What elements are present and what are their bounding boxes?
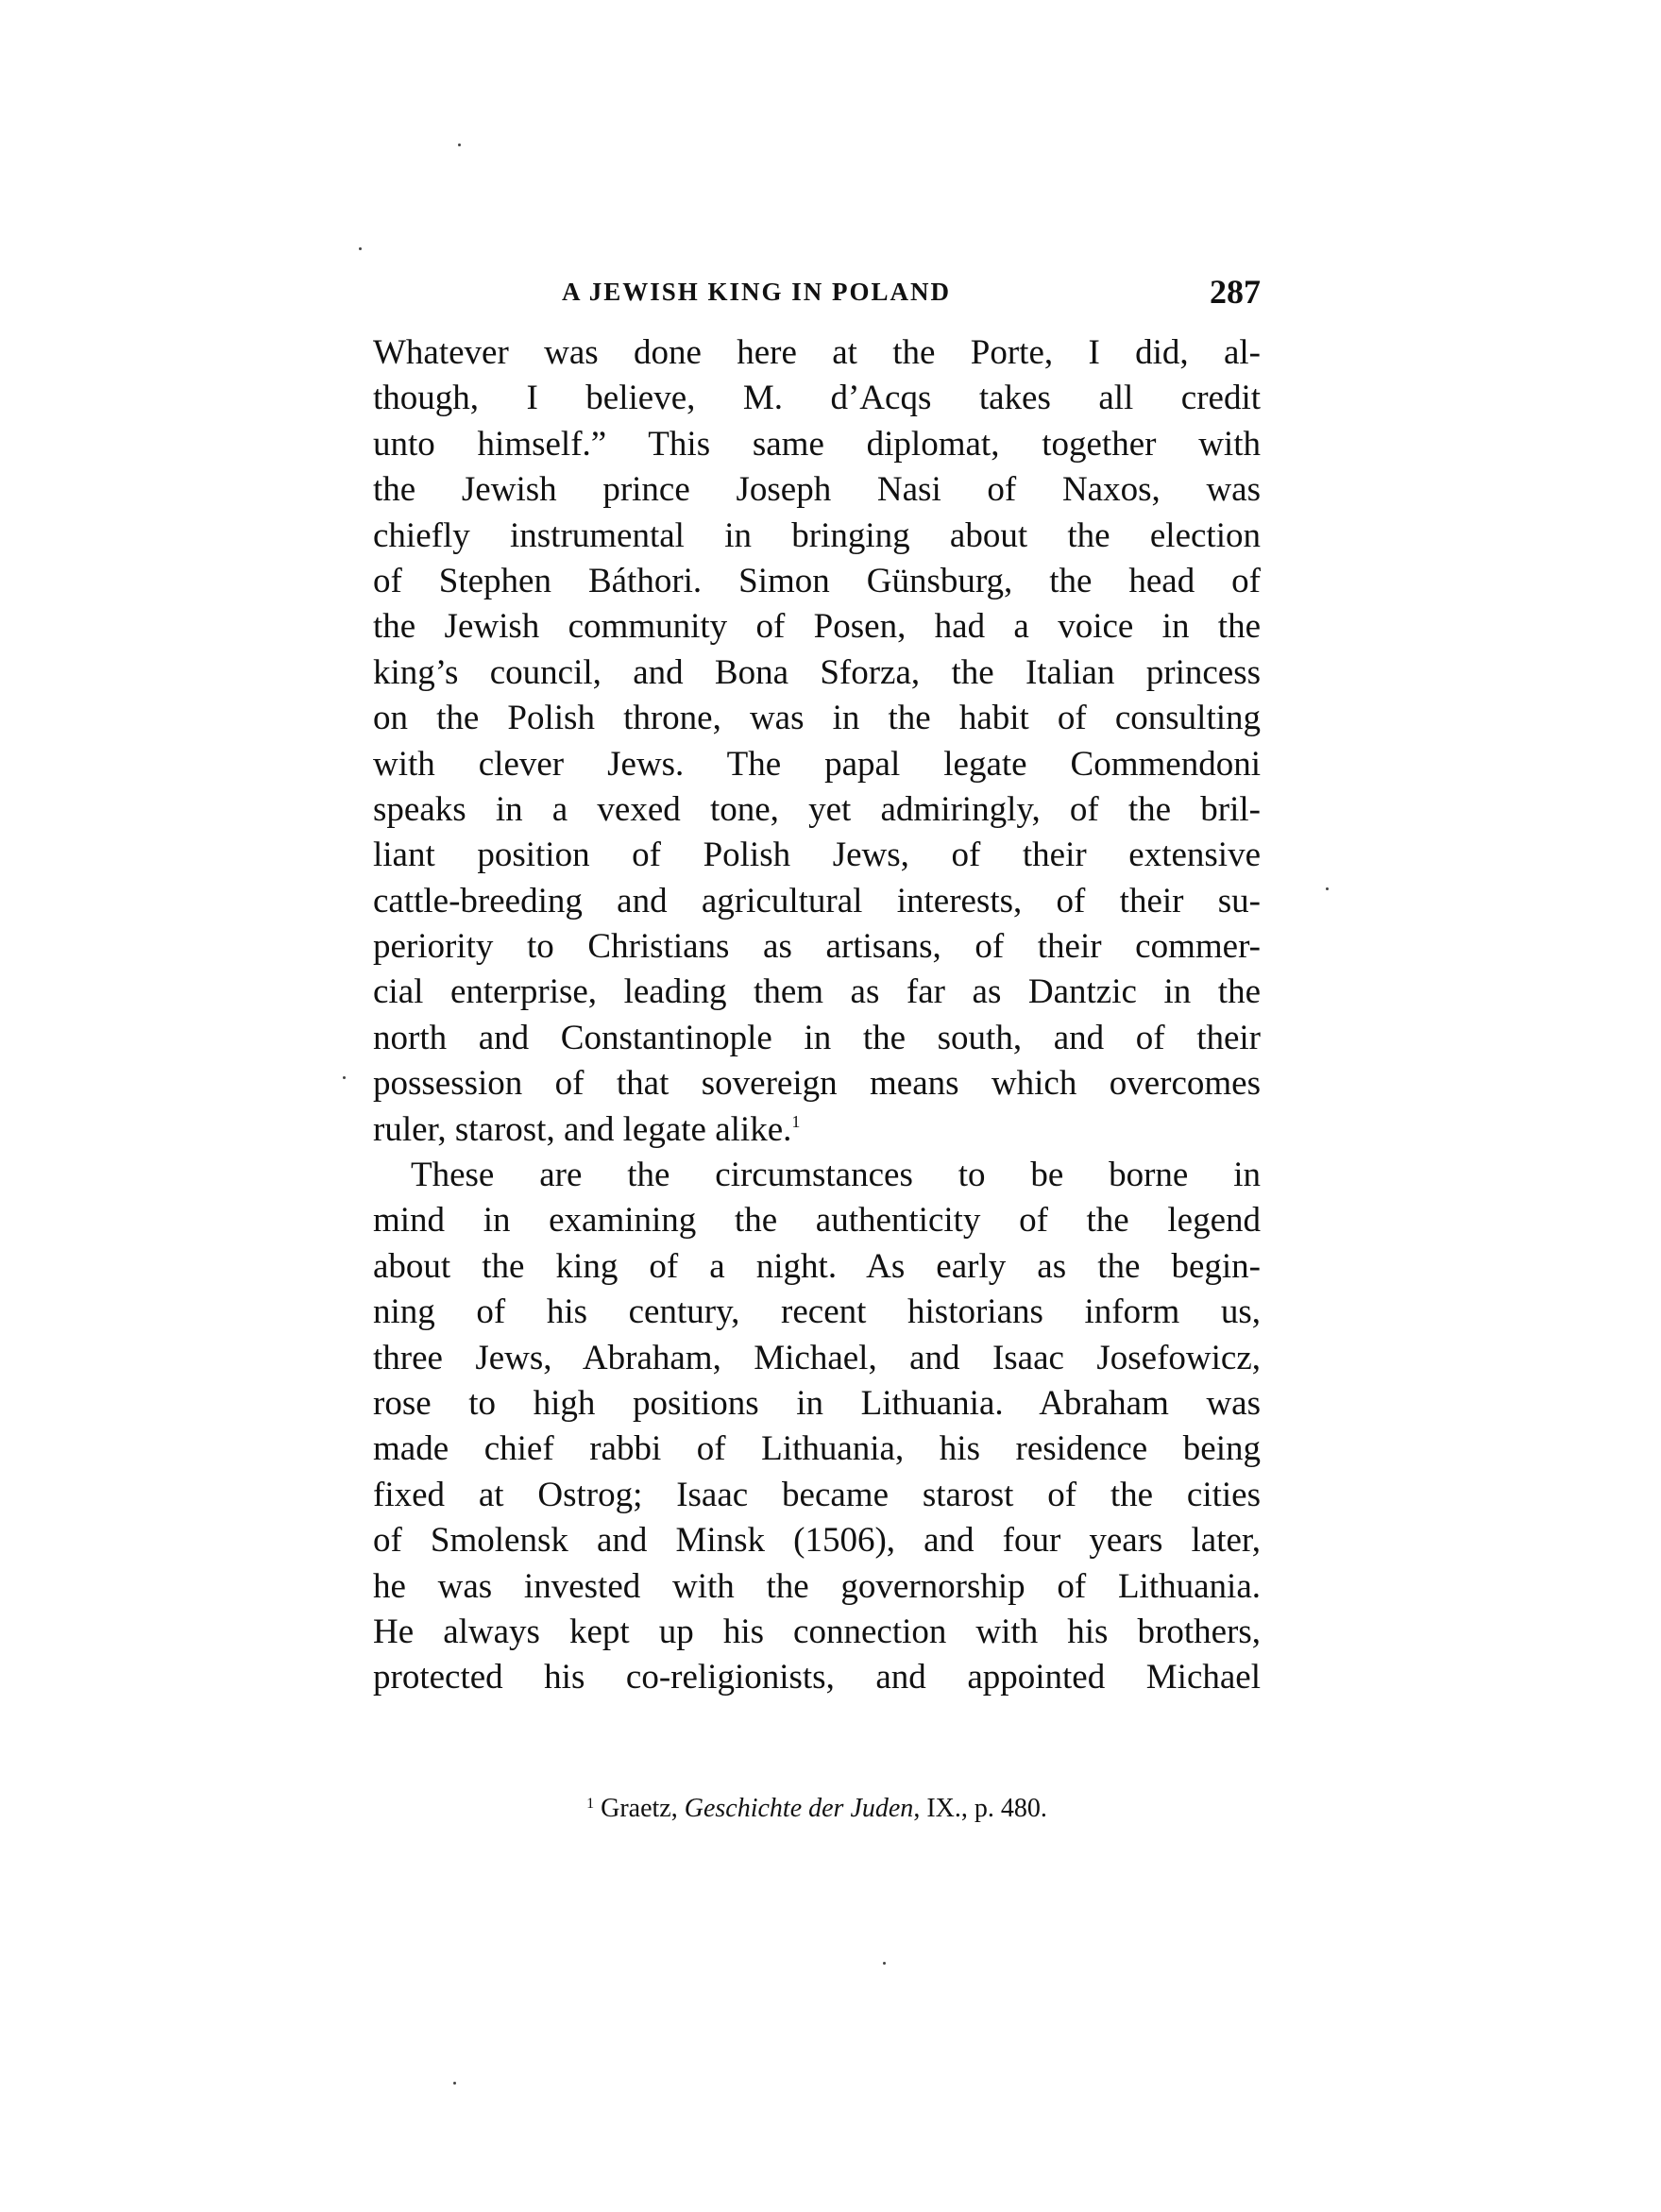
text-line: though, I believe, M. d’Acqs takes all c… xyxy=(373,376,1261,421)
text-line: on the Polish throne, was in the habit o… xyxy=(373,696,1261,741)
text-line: protected his co-religionists, and appoi… xyxy=(373,1655,1261,1700)
text-line: He always kept up his connection with hi… xyxy=(373,1610,1261,1655)
footnote: 1 Graetz, Geschichte der Juden, IX., p. … xyxy=(373,1794,1261,1824)
scan-speck xyxy=(453,2082,456,2085)
page-header: A JEWISH KING IN POLAND 287 xyxy=(373,272,1261,313)
text-line: possession of that sovereign means which… xyxy=(373,1061,1261,1106)
scan-speck xyxy=(458,144,461,146)
text-line: chiefly instrumental in bringing about t… xyxy=(373,514,1261,559)
text-line: periority to Christians as artisans, of … xyxy=(373,924,1261,970)
text-line-paragraph-end: ruler, starost, and legate alike.1 xyxy=(373,1107,1261,1153)
text-line: unto himself.” This same diplomat, toget… xyxy=(373,422,1261,467)
text-line: fixed at Ostrog; Isaac became starost of… xyxy=(373,1473,1261,1518)
text-line: cattle-breeding and agricultural interes… xyxy=(373,879,1261,924)
body-text: Whatever was done here at the Porte, I d… xyxy=(373,330,1261,1701)
text-line: three Jews, Abraham, Michael, and Isaac … xyxy=(373,1336,1261,1381)
text-line: ning of his century, recent historians i… xyxy=(373,1290,1261,1335)
text-line: liant position of Polish Jews, of their … xyxy=(373,833,1261,878)
footnote-reference: 1 xyxy=(791,1112,800,1131)
text-line: he was invested with the governorship of… xyxy=(373,1564,1261,1610)
running-title: A JEWISH KING IN POLAND xyxy=(562,278,951,307)
footnote-mark: 1 xyxy=(586,1796,594,1812)
text-line: of Smolensk and Minsk (1506), and four y… xyxy=(373,1518,1261,1563)
text-line: rose to high positions in Lithuania. Abr… xyxy=(373,1381,1261,1427)
scan-speck xyxy=(359,247,362,250)
text-line: the Jewish community of Posen, had a voi… xyxy=(373,604,1261,650)
scan-speck xyxy=(883,1962,886,1965)
scan-speck xyxy=(343,1076,346,1079)
text-line: of Stephen Báthori. Simon Günsburg, the … xyxy=(373,559,1261,604)
page-number: 287 xyxy=(1210,272,1261,312)
text-line: with clever Jews. The papal legate Comme… xyxy=(373,742,1261,787)
scan-speck xyxy=(1326,887,1329,890)
text-line-paragraph-start: These are the circumstances to be borne … xyxy=(373,1153,1261,1198)
text-line: made chief rabbi of Lithuania, his resid… xyxy=(373,1427,1261,1472)
text-line: about the king of a night. As early as t… xyxy=(373,1244,1261,1290)
text-line: Whatever was done here at the Porte, I d… xyxy=(373,330,1261,376)
footnote-title: Geschichte der Juden xyxy=(685,1794,914,1823)
text-line: king’s council, and Bona Sforza, the Ita… xyxy=(373,650,1261,696)
text-line: north and Constantinople in the south, a… xyxy=(373,1016,1261,1061)
footnote-citation: , IX., p. 480. xyxy=(913,1794,1047,1823)
text-line: cial enterprise, leading them as far as … xyxy=(373,970,1261,1015)
text-line: speaks in a vexed tone, yet admiringly, … xyxy=(373,787,1261,833)
footnote-author: Graetz, xyxy=(601,1794,685,1823)
text-line: the Jewish prince Joseph Nasi of Naxos, … xyxy=(373,467,1261,513)
text-line: mind in examining the authenticity of th… xyxy=(373,1198,1261,1243)
book-page: A JEWISH KING IN POLAND 287 Whatever was… xyxy=(0,0,1661,2212)
